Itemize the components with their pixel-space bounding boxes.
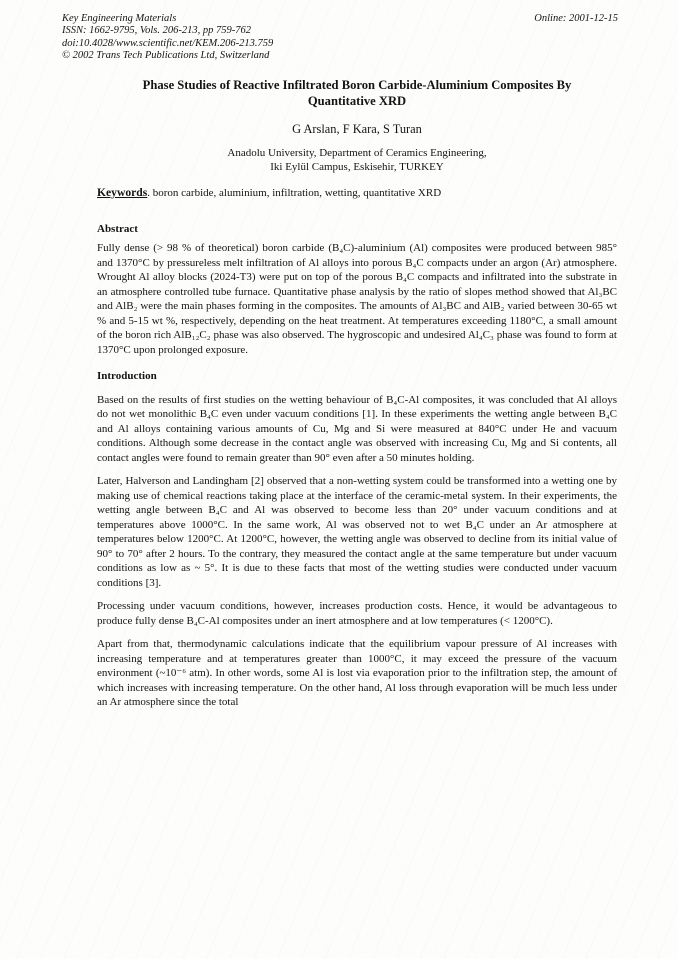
doi-line: doi:10.4028/www.scientific.net/KEM.206-2… xyxy=(62,38,273,50)
abstract-paragraph: Fully dense (> 98 % of theoretical) boro… xyxy=(97,241,617,357)
intro-paragraph-4: Apart from that, thermodynamic calculati… xyxy=(97,637,617,710)
affiliation-line2: Iki Eylül Campus, Eskisehir, TURKEY xyxy=(97,161,617,175)
paper-title-line1: Phase Studies of Reactive Infiltrated Bo… xyxy=(97,77,617,93)
keywords-line: Keywords. boron carbide, aluminium, infi… xyxy=(97,186,617,201)
paper-title-line2: Quantitative XRD xyxy=(97,93,617,109)
issn-line: ISSN: 1662-9795, Vols. 206-213, pp 759-7… xyxy=(62,25,273,37)
keywords-label: Keywords xyxy=(97,186,147,199)
paper-page: Key Engineering Materials ISSN: 1662-979… xyxy=(0,0,678,959)
affiliation-line1: Anadolu University, Department of Cerami… xyxy=(97,147,617,161)
paper-title: Phase Studies of Reactive Infiltrated Bo… xyxy=(97,75,617,109)
article-body: Phase Studies of Reactive Infiltrated Bo… xyxy=(97,75,617,710)
abstract-heading: Abstract xyxy=(97,222,617,237)
copyright-line: © 2002 Trans Tech Publications Ltd, Swit… xyxy=(62,50,273,62)
authors: G Arslan, F Kara, S Turan xyxy=(97,122,617,137)
intro-paragraph-2: Later, Halverson and Landingham [2] obse… xyxy=(97,474,617,590)
online-date: Online: 2001-12-15 xyxy=(534,13,618,24)
affiliation: Anadolu University, Department of Cerami… xyxy=(97,147,617,174)
journal-name: Key Engineering Materials xyxy=(62,13,273,25)
introduction-heading: Introduction xyxy=(97,369,617,384)
journal-header: Key Engineering Materials ISSN: 1662-979… xyxy=(62,13,273,63)
intro-paragraph-3: Processing under vacuum conditions, howe… xyxy=(97,599,617,628)
keywords-text: . boron carbide, aluminium, infiltration… xyxy=(147,187,441,199)
intro-paragraph-1: Based on the results of first studies on… xyxy=(97,393,617,466)
